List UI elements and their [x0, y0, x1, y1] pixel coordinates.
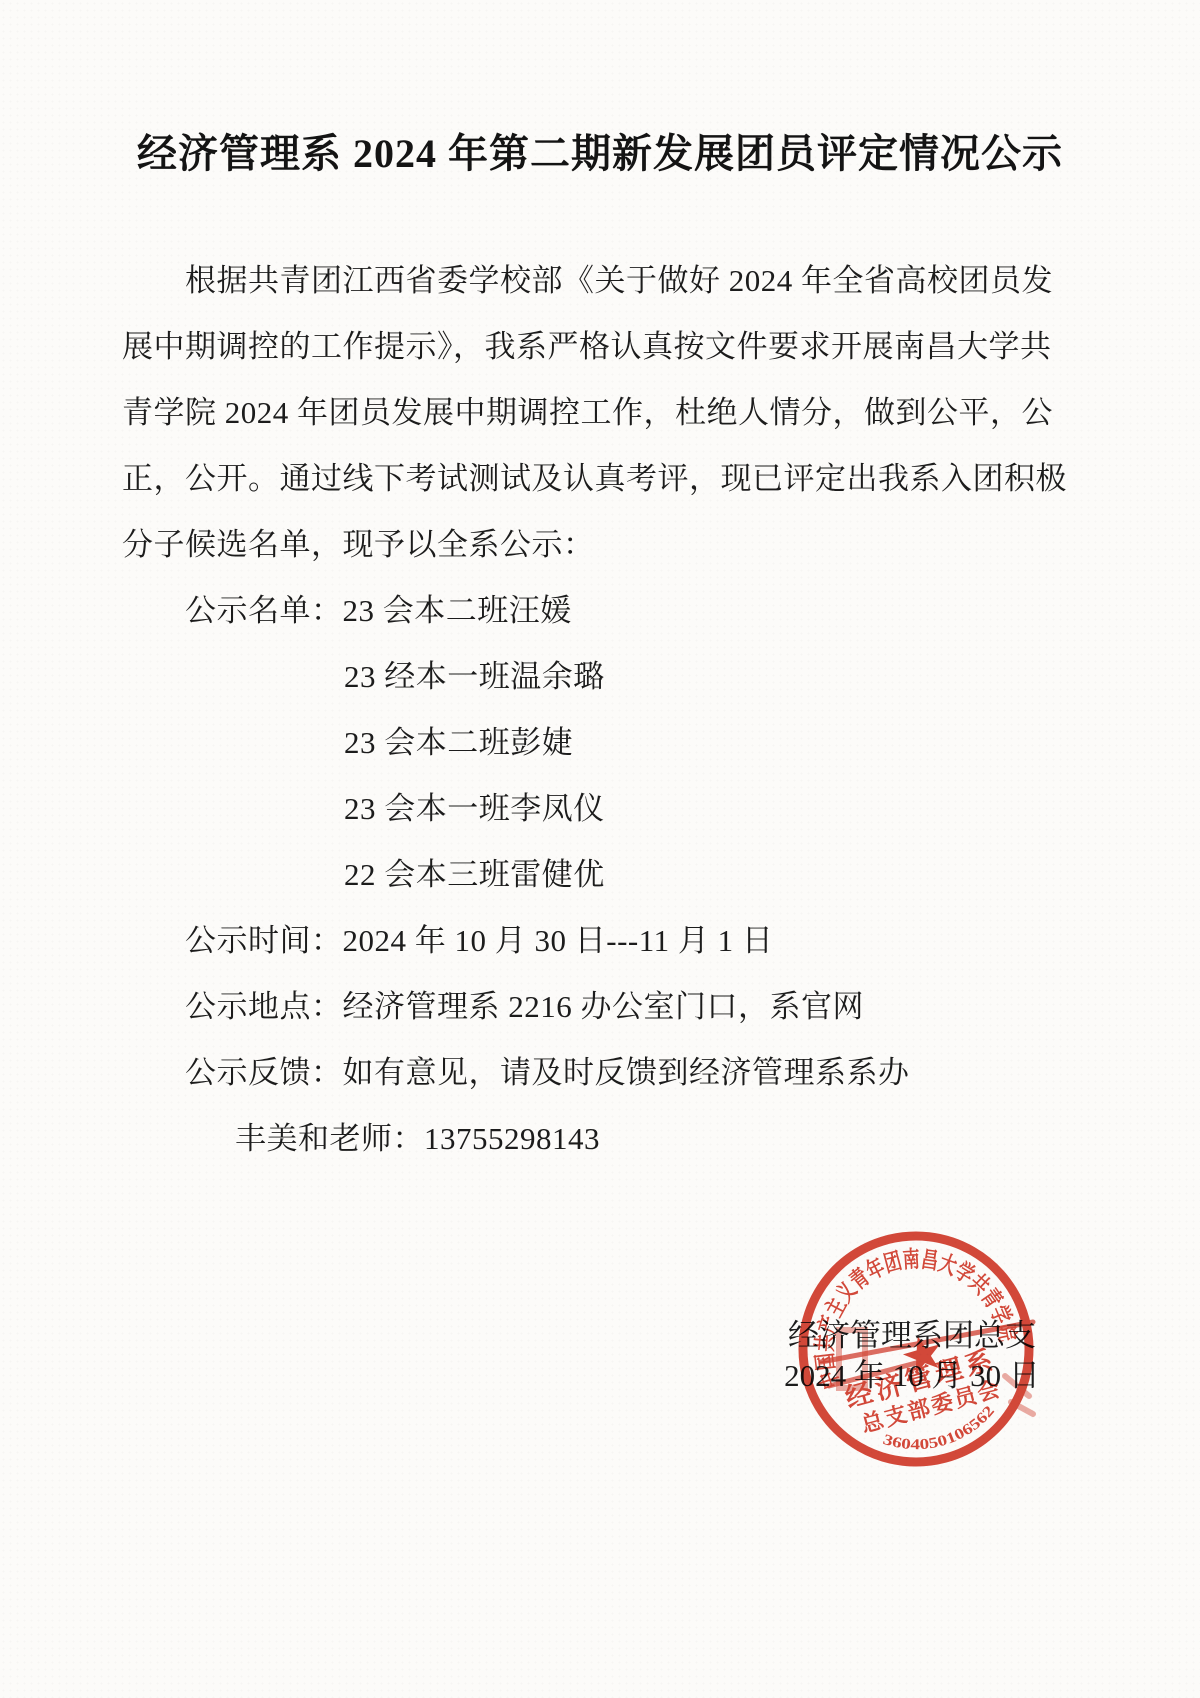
- seal-rotated-group: 中国共产主义青年团南昌大学共青学院 经济管理系 总支部委员会 360405010…: [781, 1214, 1051, 1484]
- contact-line: 丰美和老师：13755298143: [122, 1106, 1082, 1172]
- name-list-label: 公示名单：: [185, 593, 343, 628]
- official-seal-stamp: 中国共产主义青年团南昌大学共青学院 经济管理系 总支部委员会 360405010…: [781, 1214, 1051, 1484]
- info-line-time: 公示时间：2024 年 10 月 30 日---11 月 1 日: [122, 908, 1082, 974]
- paragraph-line: 青学院 2024 年团员发展中期调控工作，杜绝人情分，做到公平，公: [122, 380, 1082, 446]
- paragraph-line: 展中期调控的工作提示》，我系严格认真按文件要求开展南昌大学共: [122, 314, 1082, 380]
- info-line-feedback: 公示反馈：如有意见，请及时反馈到经济管理系系办: [122, 1040, 1082, 1106]
- document-page: 经济管理系 2024 年第二期新发展团员评定情况公示 根据共青团江西省委学校部《…: [0, 0, 1200, 1698]
- list-item: 22 会本三班雷健优: [122, 842, 1082, 908]
- paragraph-line: 正，公开。通过线下考试测试及认真考评，现已评定出我系入团积极: [122, 446, 1082, 512]
- document-body: 根据共青团江西省委学校部《关于做好 2024 年全省高校团员发 展中期调控的工作…: [122, 248, 1082, 1172]
- list-item: 23 会本二班汪媛: [343, 593, 572, 628]
- paragraph-line: 分子候选名单，现予以全系公示：: [122, 512, 1082, 578]
- list-item: 23 会本一班李凤仪: [122, 776, 1082, 842]
- list-item: 23 会本二班彭婕: [122, 710, 1082, 776]
- list-item: 23 经本一班温余璐: [122, 644, 1082, 710]
- page-title: 经济管理系 2024 年第二期新发展团员评定情况公示: [0, 122, 1200, 179]
- name-list-first-line: 公示名单：23 会本二班汪媛: [122, 578, 1082, 644]
- paragraph-line: 根据共青团江西省委学校部《关于做好 2024 年全省高校团员发: [122, 248, 1082, 314]
- info-line-place: 公示地点：经济管理系 2216 办公室门口，系官网: [122, 974, 1082, 1040]
